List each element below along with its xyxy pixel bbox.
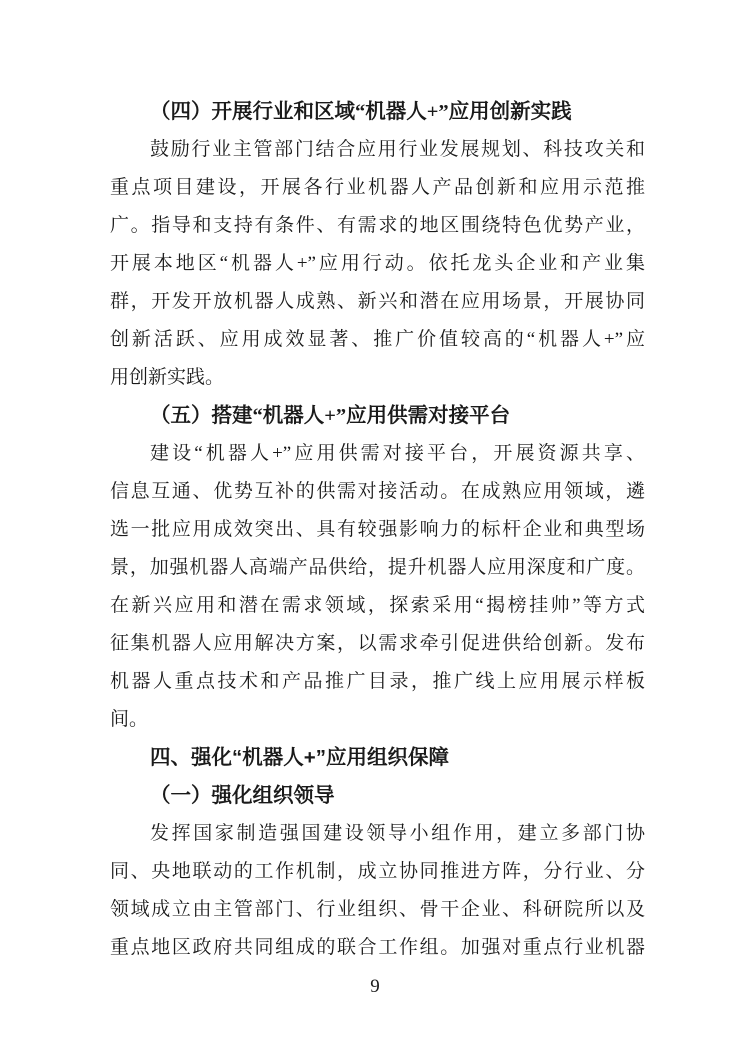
body-line: 景，加强机器人高端产品供给，提升机器人应用深度和广度。 bbox=[110, 549, 645, 587]
paragraph-industry-region: 鼓励行业主管部门结合应用行业发展规划、科技攻关和重点项目建设，开展各行业机器人产… bbox=[110, 131, 645, 397]
body-line: 用创新实践。 bbox=[110, 359, 645, 397]
body-line: 征集机器人应用解决方案，以需求牵引促进供给创新。发布 bbox=[110, 625, 645, 663]
paragraph-supply-demand-platform: 建设“机器人+”应用供需对接平台，开展资源共享、信息互通、优势互补的供需对接活动… bbox=[110, 435, 645, 739]
body-line: 创新活跃、应用成效显著、推广价值较高的“机器人+”应 bbox=[110, 321, 645, 359]
body-line: 在新兴应用和潜在需求领域，探索采用“揭榜挂帅”等方式 bbox=[110, 587, 645, 625]
body-line: 广。指导和支持有条件、有需求的地区围绕特色优势产业， bbox=[110, 207, 645, 245]
section-heading-four: 四、强化“机器人+”应用组织保障 bbox=[110, 739, 645, 777]
body-line: 重点项目建设，开展各行业机器人产品创新和应用示范推 bbox=[110, 169, 645, 207]
body-line: 建设“机器人+”应用供需对接平台，开展资源共享、 bbox=[110, 435, 645, 473]
body-line: 群，开发开放机器人成熟、新兴和潜在应用场景，开展协同 bbox=[110, 283, 645, 321]
body-line: 发挥国家制造强国建设领导小组作用，建立多部门协 bbox=[110, 815, 645, 853]
subsection-heading-wu: （五）搭建“机器人+”应用供需对接平台 bbox=[110, 397, 645, 435]
body-line: 间。 bbox=[110, 701, 645, 739]
body-line: 开展本地区“机器人+”应用行动。依托龙头企业和产业集 bbox=[110, 245, 645, 283]
document-body: （四）开展行业和区域“机器人+”应用创新实践鼓励行业主管部门结合应用行业发展规划… bbox=[110, 93, 645, 967]
subsection-heading-yi: （一）强化组织领导 bbox=[110, 777, 645, 815]
body-line: 领域成立由主管部门、行业组织、骨干企业、科研院所以及 bbox=[110, 891, 645, 929]
paragraph-organization-leadership: 发挥国家制造强国建设领导小组作用，建立多部门协同、央地联动的工作机制，成立协同推… bbox=[110, 815, 645, 967]
page-number: 9 bbox=[0, 976, 750, 998]
body-line: 机器人重点技术和产品推广目录，推广线上应用展示样板 bbox=[110, 663, 645, 701]
body-line: 选一批应用成效突出、具有较强影响力的标杆企业和典型场 bbox=[110, 511, 645, 549]
subsection-heading-si: （四）开展行业和区域“机器人+”应用创新实践 bbox=[110, 93, 645, 131]
body-line: 重点地区政府共同组成的联合工作组。加强对重点行业机器 bbox=[110, 929, 645, 967]
body-line: 鼓励行业主管部门结合应用行业发展规划、科技攻关和 bbox=[110, 131, 645, 169]
document-page: （四）开展行业和区域“机器人+”应用创新实践鼓励行业主管部门结合应用行业发展规划… bbox=[0, 0, 750, 1060]
body-line: 信息互通、优势互补的供需对接活动。在成熟应用领域，遴 bbox=[110, 473, 645, 511]
body-line: 同、央地联动的工作机制，成立协同推进方阵，分行业、分 bbox=[110, 853, 645, 891]
